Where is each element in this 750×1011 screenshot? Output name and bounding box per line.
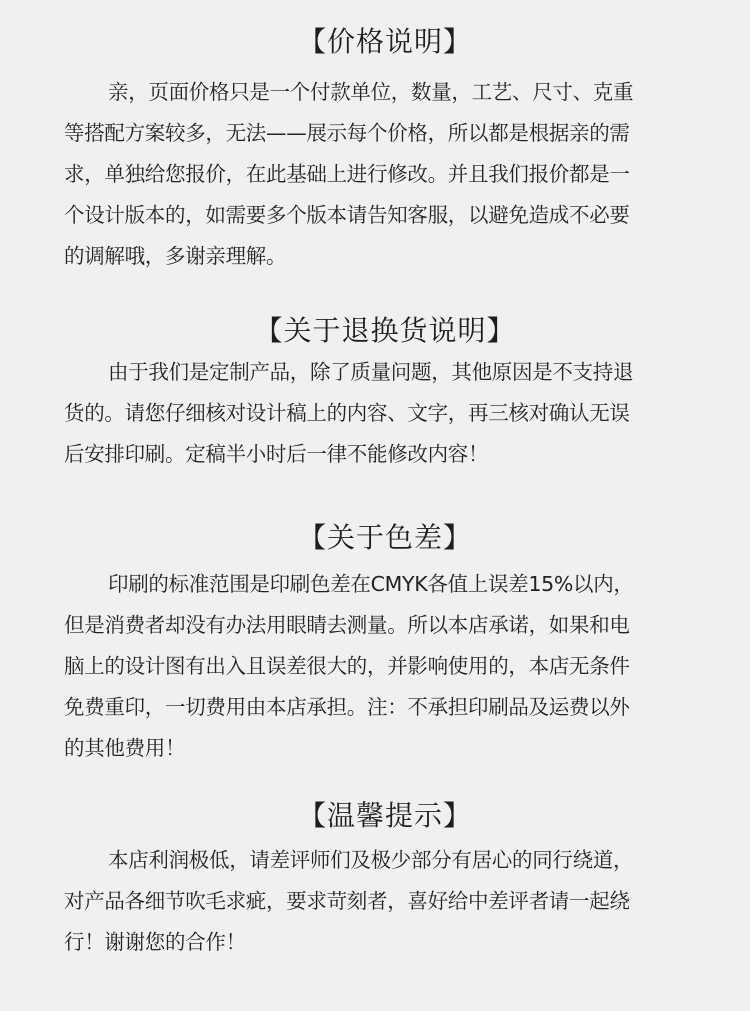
section-body-returns: 由于我们是定制产品，除了质量问题，其他原因是不支持退 货的。请您仔细核对设计稿上… <box>64 352 694 475</box>
text-line: 免费重印，一切费用由本店承担。注：不承担印刷品及运费以外 <box>64 687 694 728</box>
text-line: 但是消费者却没有办法用眼睛去测量。所以本店承诺，如果和电 <box>64 605 694 646</box>
section-title-reminder: 【温馨提示】 <box>0 796 750 836</box>
section-body-reminder: 本店利润极低，请差评师们及极少部分有居心的同行绕道， 对产品各细节吹毛求疵，要求… <box>64 840 694 963</box>
text-line: 的调解哦，多谢亲理解。 <box>64 236 694 277</box>
text-line: 亲，页面价格只是一个付款单位，数量，工艺、尺寸、克重 <box>64 72 694 113</box>
text-line: 对产品各细节吹毛求疵，要求苛刻者，喜好给中差评者请一起绕 <box>64 881 694 922</box>
section-body-price: 亲，页面价格只是一个付款单位，数量，工艺、尺寸、克重 等搭配方案较多，无法——展… <box>64 72 694 277</box>
text-line: 的其他费用！ <box>64 728 694 769</box>
section-title-returns: 【关于退换货说明】 <box>0 311 750 351</box>
section-body-color-difference: 印刷的标准范围是印刷色差在CMYK各值上误差15%以内， 但是消费者却没有办法用… <box>64 564 694 769</box>
section-title-color-difference: 【关于色差】 <box>0 518 750 558</box>
text-line: 行！谢谢您的合作！ <box>64 922 694 963</box>
text-line: 本店利润极低，请差评师们及极少部分有居心的同行绕道， <box>64 840 694 881</box>
text-line: 个设计版本的，如需要多个版本请告知客服，以避免造成不必要 <box>64 195 694 236</box>
section-title-price: 【价格说明】 <box>0 22 750 62</box>
text-line: 印刷的标准范围是印刷色差在CMYK各值上误差15%以内， <box>64 564 694 605</box>
text-line: 脑上的设计图有出入且误差很大的，并影响使用的，本店无条件 <box>64 646 694 687</box>
text-line: 由于我们是定制产品，除了质量问题，其他原因是不支持退 <box>64 352 694 393</box>
notice-page: 【价格说明】 亲，页面价格只是一个付款单位，数量，工艺、尺寸、克重 等搭配方案较… <box>0 0 750 1011</box>
text-line: 求，单独给您报价，在此基础上进行修改。并且我们报价都是一 <box>64 154 694 195</box>
text-line: 货的。请您仔细核对设计稿上的内容、文字，再三核对确认无误 <box>64 393 694 434</box>
text-line: 后安排印刷。定稿半小时后一律不能修改内容！ <box>64 434 694 475</box>
text-line: 等搭配方案较多，无法——展示每个价格，所以都是根据亲的需 <box>64 113 694 154</box>
